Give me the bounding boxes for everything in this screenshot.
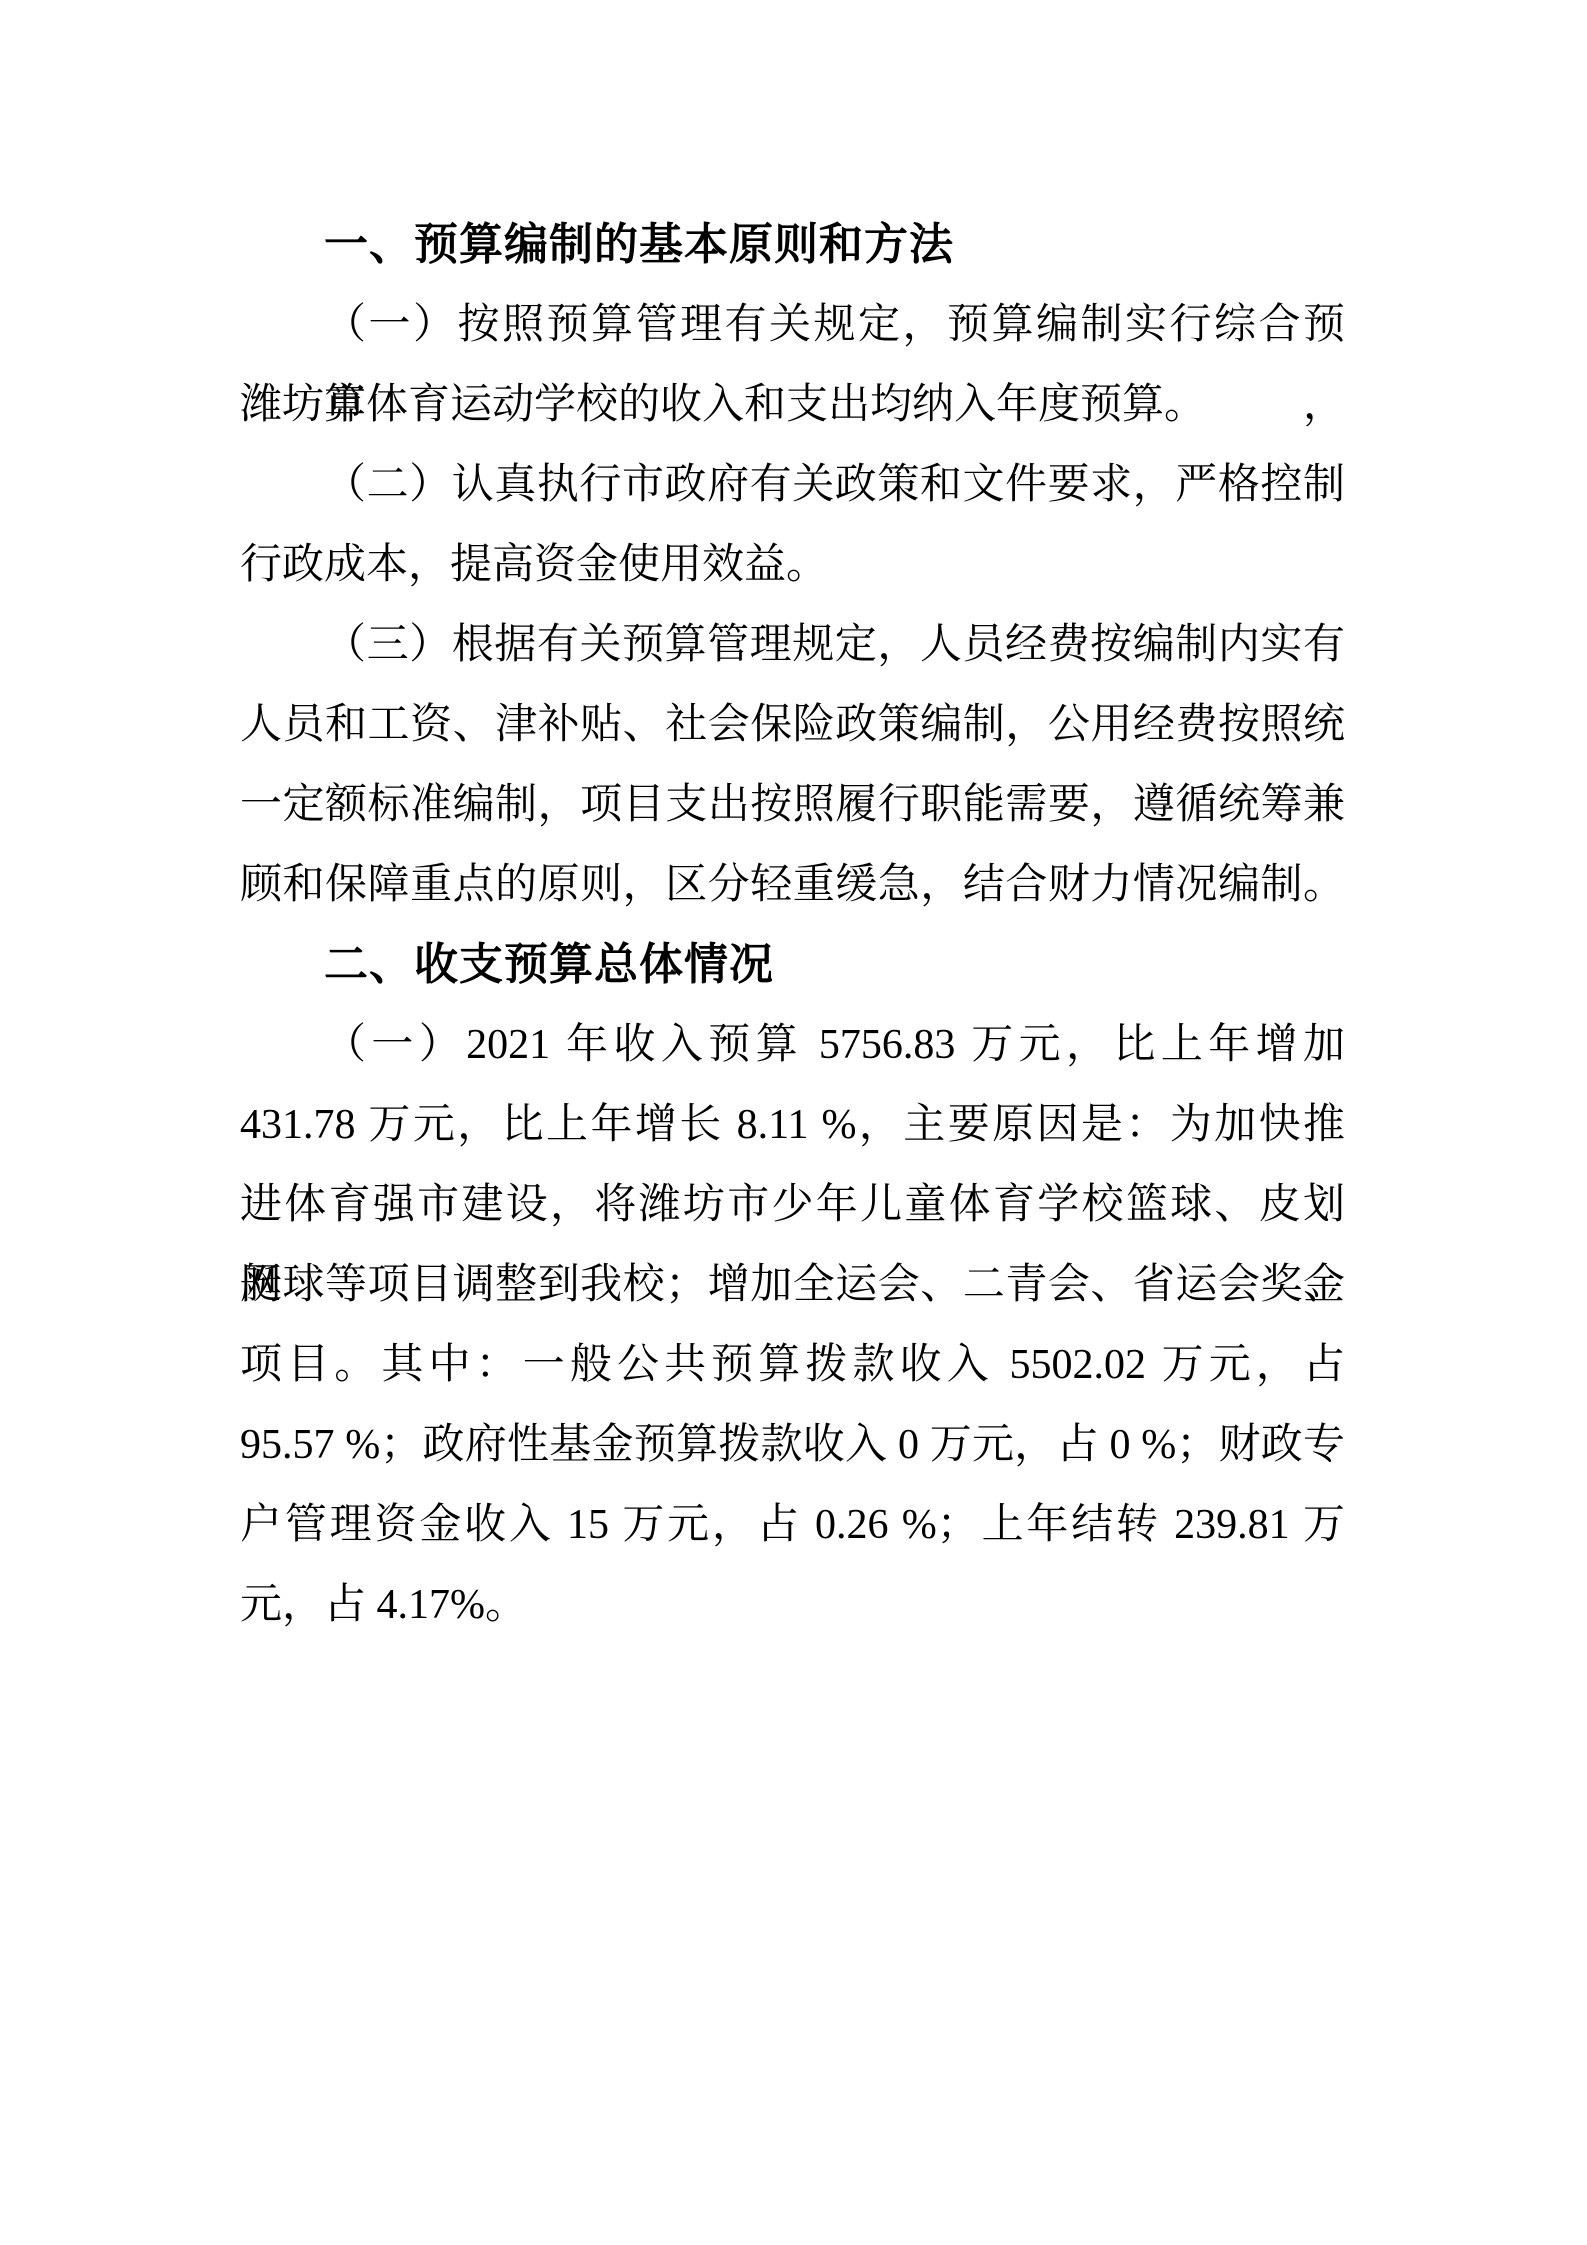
para-3-line-2: 人员和工资、津补贴、社会保险政策编制，公用经费按照统 <box>240 685 1345 765</box>
para-3-line-3: 一定额标准编制，项目支出按照履行职能需要，遵循统筹兼 <box>240 765 1345 845</box>
para-4-line-8: 元，占 4.17%。 <box>240 1565 1345 1645</box>
para-3-line-4: 顾和保障重点的原则，区分轻重缓急，结合财力情况编制。 <box>240 845 1345 925</box>
document-content: 一、预算编制的基本原则和方法 （一）按照预算管理有关规定，预算编制实行综合预算，… <box>240 205 1345 1645</box>
para-4-line-1: （一）2021 年收入预算 5756.83 万元，比上年增加 <box>240 1005 1345 1085</box>
para-1-line-2: 潍坊市体育运动学校的收入和支出均纳入年度预算。 <box>240 365 1345 445</box>
para-4-line-7: 户管理资金收入 15 万元，占 0.26 %；上年结转 239.81 万 <box>240 1485 1345 1565</box>
section-2-heading: 二、收支预算总体情况 <box>240 925 1345 1005</box>
para-4-line-4: 网球等项目调整到我校；增加全运会、二青会、省运会奖金 <box>240 1245 1345 1325</box>
para-4-line-6: 95.57 %；政府性基金预算拨款收入 0 万元，占 0 %；财政专 <box>240 1405 1345 1485</box>
para-2-line-2: 行政成本，提高资金使用效益。 <box>240 525 1345 605</box>
para-4-line-2: 431.78 万元，比上年增长 8.11 %，主要原因是：为加快推 <box>240 1085 1345 1165</box>
para-3-line-1: （三）根据有关预算管理规定，人员经费按编制内实有 <box>240 605 1345 685</box>
section-1-heading: 一、预算编制的基本原则和方法 <box>240 205 1345 285</box>
document-page: 一、预算编制的基本原则和方法 （一）按照预算管理有关规定，预算编制实行综合预算，… <box>0 0 1587 2245</box>
para-2-line-1: （二）认真执行市政府有关政策和文件要求，严格控制 <box>240 445 1345 525</box>
para-4-line-5: 项目。其中：一般公共预算拨款收入 5502.02 万元，占 <box>240 1325 1345 1405</box>
para-1-line-1: （一）按照预算管理有关规定，预算编制实行综合预算， <box>240 285 1345 365</box>
para-4-line-3: 进体育强市建设，将潍坊市少年儿童体育学校篮球、皮划艇、 <box>240 1165 1345 1245</box>
